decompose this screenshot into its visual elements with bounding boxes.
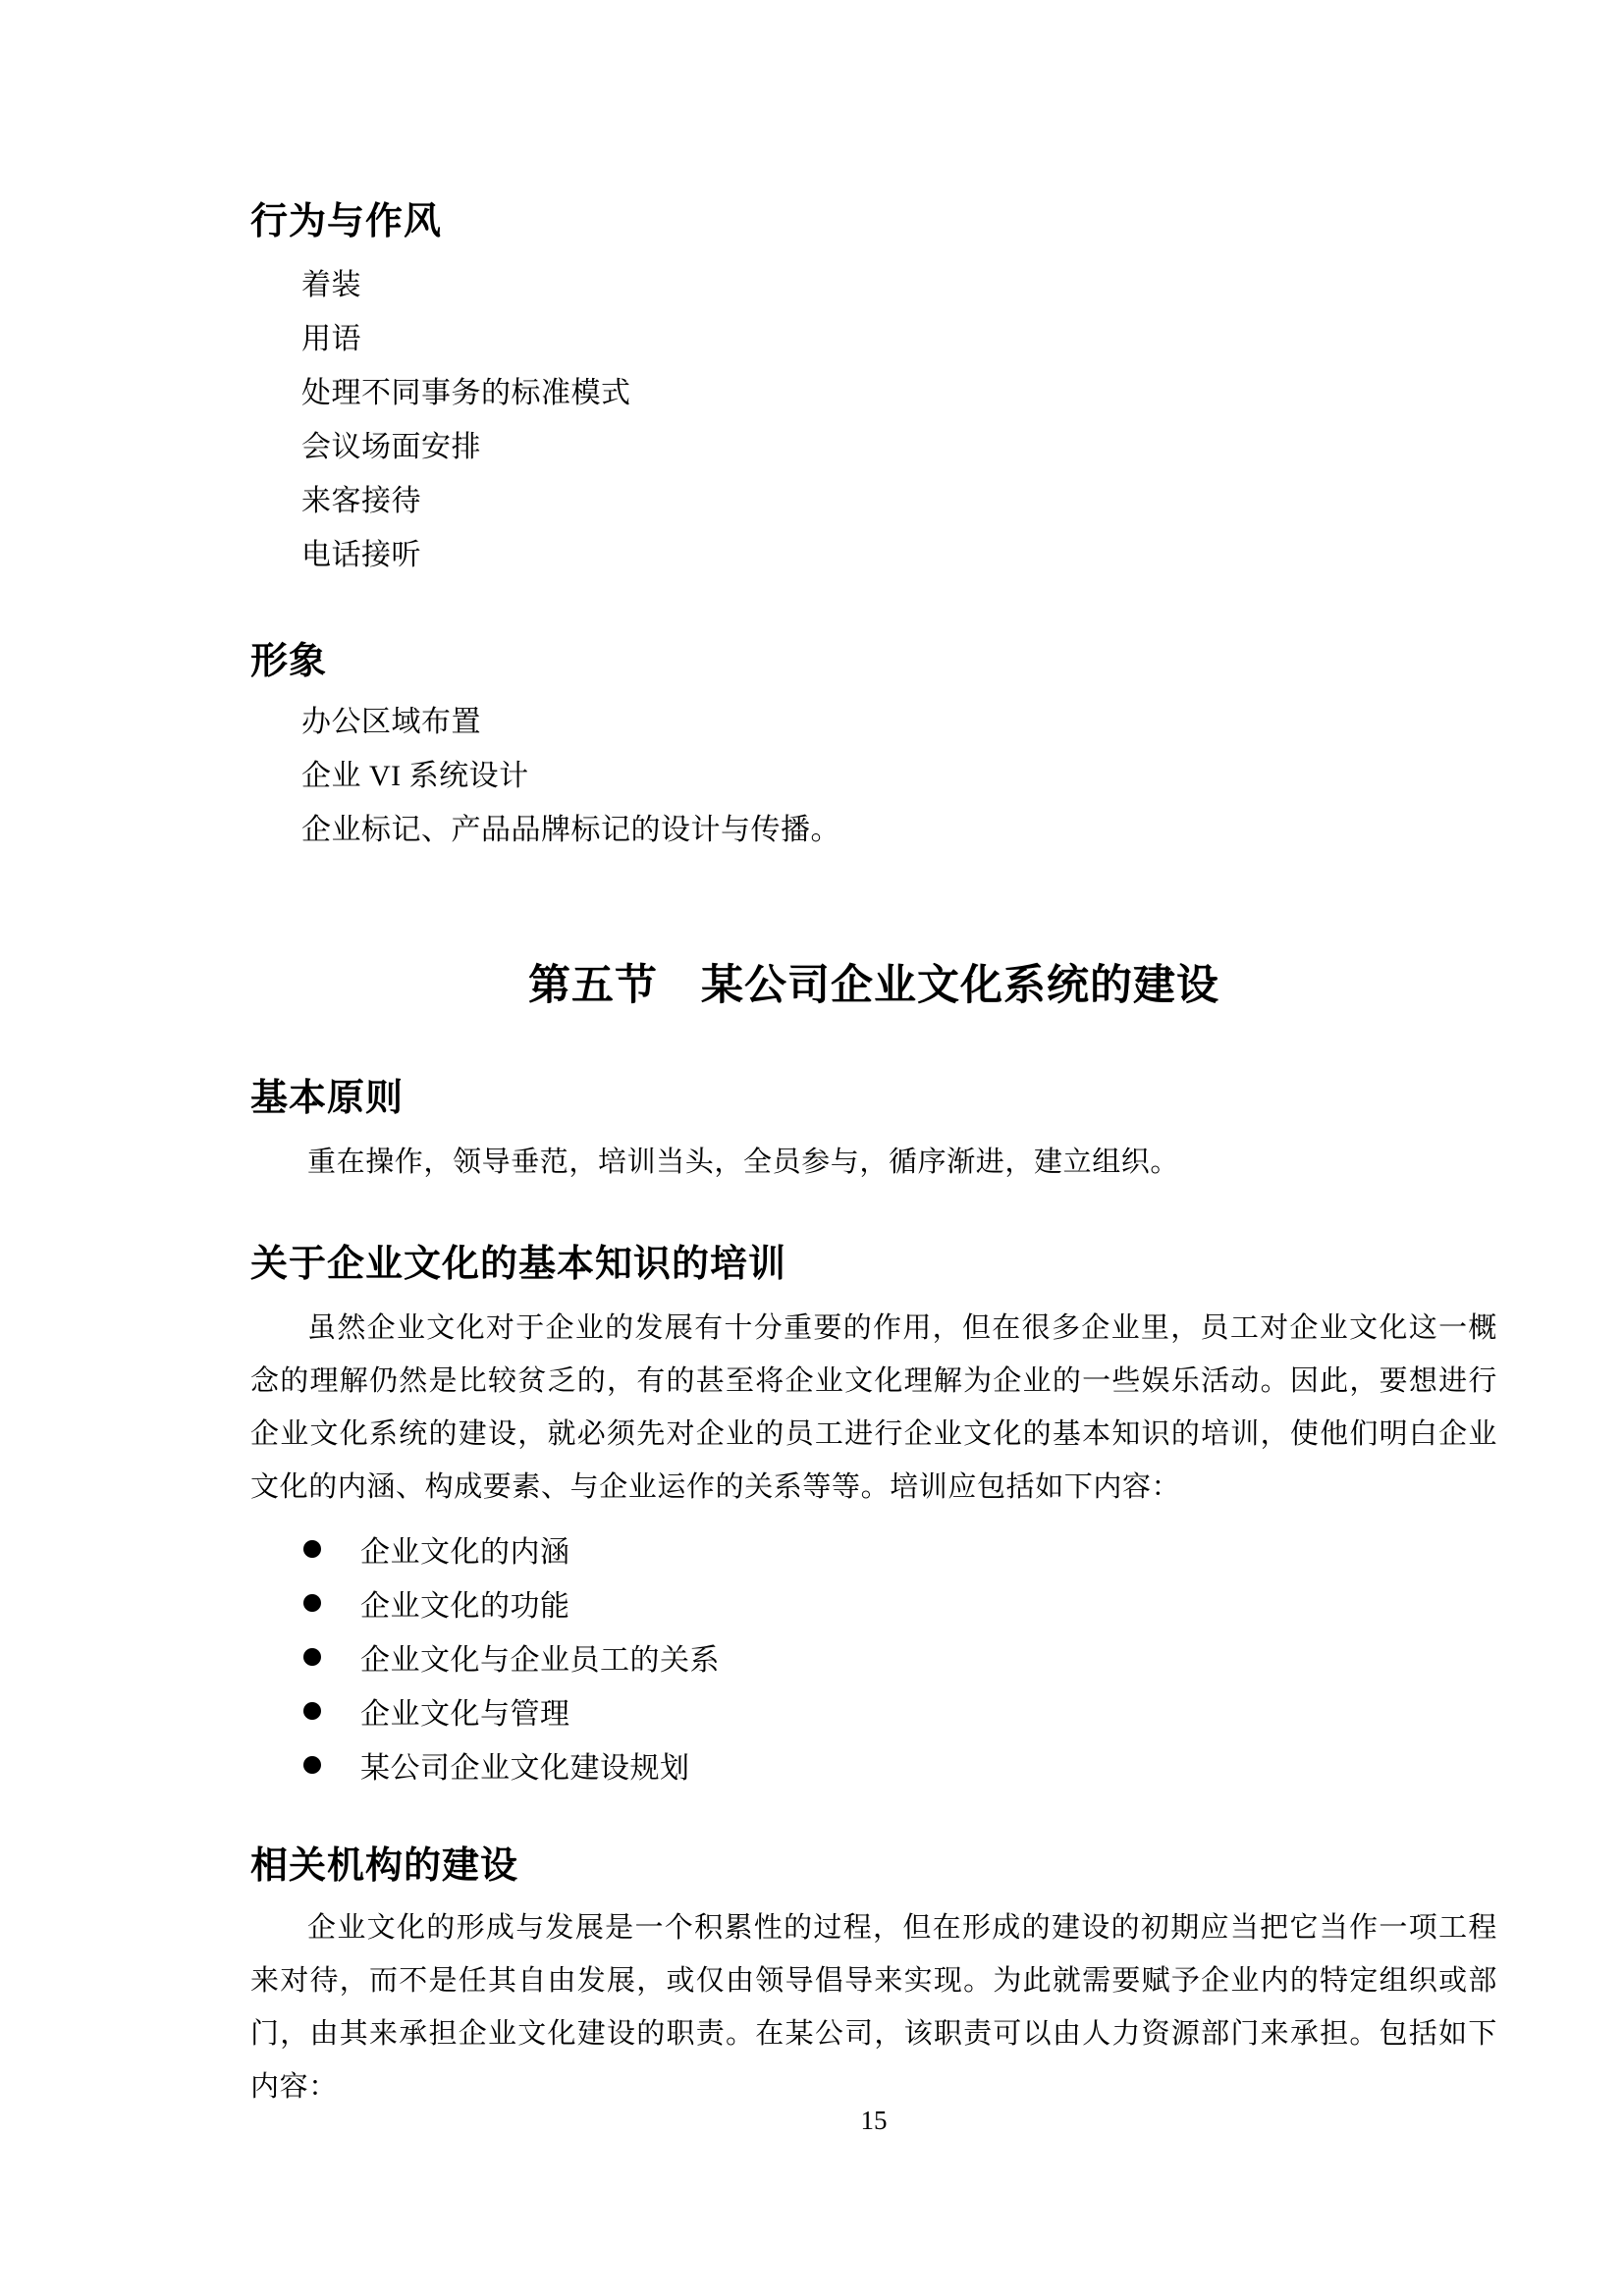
section-heading-principles: 基本原则 (250, 1076, 1497, 1121)
list-item: 企业 VI 系统设计 (250, 749, 1497, 803)
list-item: 企业标记、产品品牌标记的设计与传播。 (250, 803, 1497, 857)
list-item: 电话接听 (250, 528, 1497, 582)
bullet-icon (303, 1702, 321, 1720)
bullet-item: 企业文化与管理 (250, 1683, 1497, 1737)
list-item: 处理不同事务的标准模式 (250, 366, 1497, 420)
document-page: 行为与作风 着装 用语 处理不同事务的标准模式 会议场面安排 来客接待 电话接听… (0, 0, 1623, 2296)
bullet-item-label: 企业文化的功能 (360, 1581, 570, 1625)
list-item: 办公区域布置 (250, 695, 1497, 749)
bullet-icon (303, 1756, 321, 1774)
section-heading-image: 形象 (250, 639, 1497, 684)
chapter-title: 第五节 某公司企业文化系统的建设 (250, 960, 1497, 1011)
org-paragraph: 企业文化的形成与发展是一个积累性的过程，但在形成的建设的初期应当把它当作一项工程… (250, 1901, 1497, 2113)
bullet-icon (303, 1540, 321, 1558)
section-heading-behavior: 行为与作风 (250, 199, 1497, 244)
page-number: 15 (250, 2104, 1497, 2137)
bullet-item-label: 企业文化与管理 (360, 1689, 570, 1733)
bullet-item: 企业文化的内涵 (250, 1522, 1497, 1575)
bullet-icon (303, 1594, 321, 1612)
training-bullet-list: 企业文化的内涵 企业文化的功能 企业文化与企业员工的关系 企业文化与管理 某公司… (250, 1522, 1497, 1791)
list-item: 会议场面安排 (250, 420, 1497, 474)
bullet-item: 某公司企业文化建设规划 (250, 1737, 1497, 1791)
training-paragraph: 虽然企业文化对于企业的发展有十分重要的作用，但在很多企业里，员工对企业文化这一概… (250, 1302, 1497, 1514)
principles-paragraph: 重在操作，领导垂范，培训当头，全员参与，循序渐进，建立组织。 (250, 1136, 1497, 1190)
list-item: 着装 (250, 258, 1497, 312)
list-item: 来客接待 (250, 474, 1497, 528)
image-list: 办公区域布置 企业 VI 系统设计 企业标记、产品品牌标记的设计与传播。 (250, 695, 1497, 857)
behavior-list: 着装 用语 处理不同事务的标准模式 会议场面安排 来客接待 电话接听 (250, 258, 1497, 582)
list-item: 用语 (250, 312, 1497, 366)
section-heading-org: 相关机构的建设 (250, 1843, 1497, 1889)
bullet-item-label: 企业文化的内涵 (360, 1527, 570, 1571)
bullet-icon (303, 1648, 321, 1666)
bullet-item: 企业文化与企业员工的关系 (250, 1629, 1497, 1683)
bullet-item-label: 某公司企业文化建设规划 (360, 1743, 690, 1787)
bullet-item-label: 企业文化与企业员工的关系 (360, 1635, 720, 1679)
section-heading-training: 关于企业文化的基本知识的培训 (250, 1242, 1497, 1287)
bullet-item: 企业文化的功能 (250, 1575, 1497, 1629)
